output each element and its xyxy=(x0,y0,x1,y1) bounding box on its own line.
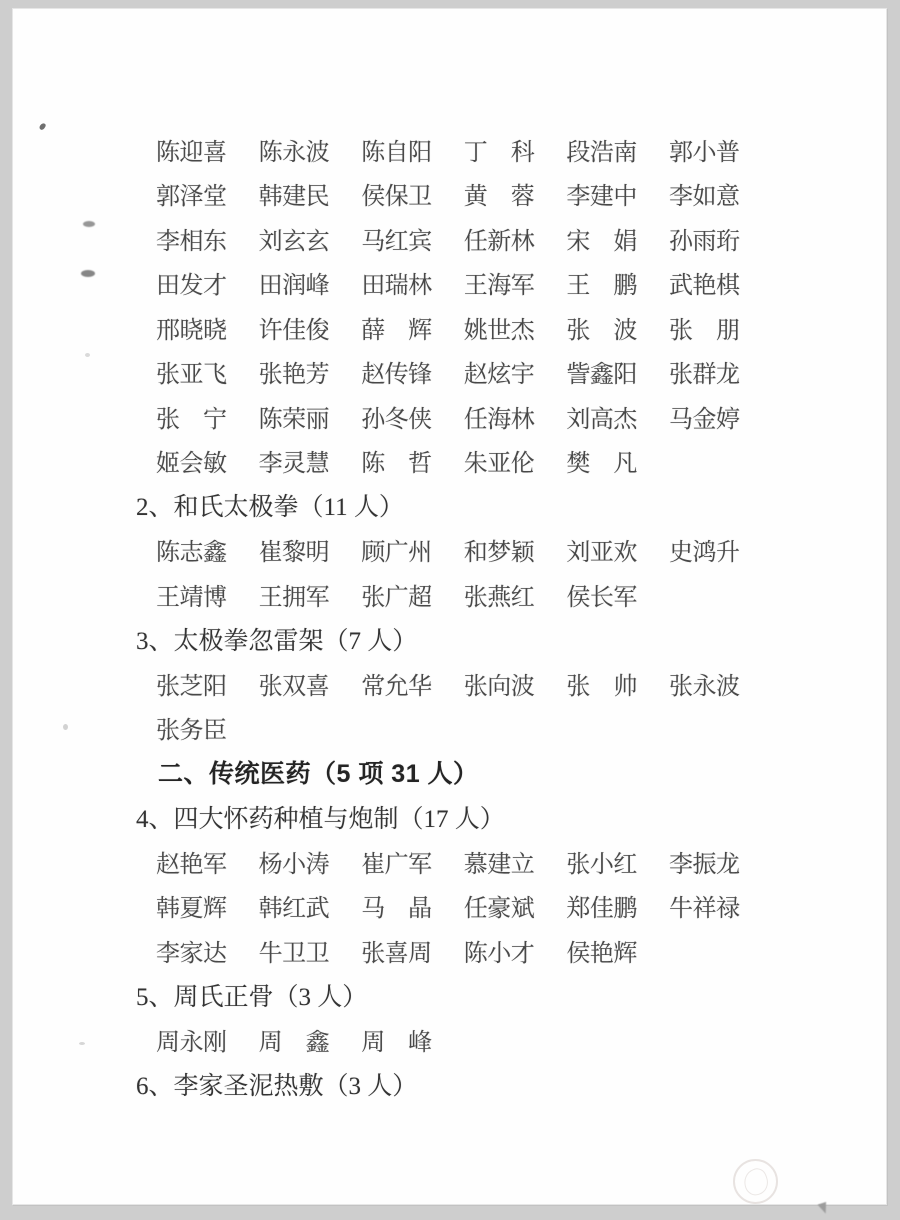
person-name: 马金婷 xyxy=(669,399,772,434)
person-name: 訾鑫阳 xyxy=(566,354,669,389)
person-name: 马红宾 xyxy=(361,221,464,256)
person-name: 黄 蓉 xyxy=(464,176,567,211)
names-row: 张 宁陈荣丽孙冬侠任海林刘高杰马金婷 xyxy=(156,394,806,439)
person-name: 和梦颖 xyxy=(464,532,567,567)
person-name: 周永刚 xyxy=(156,1022,259,1057)
person-name: 孙雨珩 xyxy=(669,221,772,256)
person-name: 王拥军 xyxy=(259,577,362,612)
person-name: 田瑞林 xyxy=(361,265,464,300)
item-heading: 3、太极拳忽雷架（7 人） xyxy=(136,617,806,662)
person-name: 杨小涛 xyxy=(259,844,362,879)
person-name: 顾广州 xyxy=(361,532,464,567)
person-name: 郑佳鹏 xyxy=(566,888,669,923)
names-row: 张芝阳张双喜常允华张向波张 帅张永波 xyxy=(156,661,806,706)
person-name: 姬会敏 xyxy=(156,443,259,478)
cursor-speck xyxy=(818,1202,830,1215)
person-name: 李建中 xyxy=(566,176,669,211)
person-name: 张双喜 xyxy=(259,666,362,701)
person-name: 孙冬侠 xyxy=(361,399,464,434)
person-name: 任新林 xyxy=(464,221,567,256)
person-name: 张广超 xyxy=(361,577,464,612)
names-row: 赵艳军杨小涛崔广军慕建立张小红李振龙 xyxy=(156,839,806,884)
person-name: 陈永波 xyxy=(259,132,362,167)
person-name: 田发才 xyxy=(156,265,259,300)
names-row: 郭泽堂韩建民侯保卫黄 蓉李建中李如意 xyxy=(156,172,806,217)
screenshot-root: { "page": { "background_color": "#cecece… xyxy=(0,0,900,1220)
person-name: 赵传锋 xyxy=(361,354,464,389)
person-name: 张燕红 xyxy=(464,577,567,612)
person-name: 牛卫卫 xyxy=(259,933,362,968)
person-name: 李相东 xyxy=(156,221,259,256)
person-name: 张 波 xyxy=(566,310,669,345)
person-name: 张向波 xyxy=(464,666,567,701)
names-row: 张务臣 xyxy=(156,706,806,751)
person-name: 张亚飞 xyxy=(156,354,259,389)
person-name: 常允华 xyxy=(361,666,464,701)
person-name: 韩红武 xyxy=(259,888,362,923)
item-heading: 4、四大怀药种植与炮制（17 人） xyxy=(136,795,806,840)
faint-stamp-watermark xyxy=(733,1159,778,1204)
names-row: 田发才田润峰田瑞林王海军王 鹏武艳棋 xyxy=(156,261,806,306)
person-name: 史鸿升 xyxy=(669,532,772,567)
person-name: 刘玄玄 xyxy=(259,221,362,256)
person-name: 王靖博 xyxy=(156,577,259,612)
person-name: 慕建立 xyxy=(464,844,567,879)
person-name: 薛 辉 xyxy=(361,310,464,345)
scan-artifact-dot xyxy=(63,724,68,730)
person-name: 周 鑫 xyxy=(259,1022,362,1057)
person-name: 武艳棋 xyxy=(669,265,772,300)
scan-artifact-speck xyxy=(38,122,46,131)
names-row: 张亚飞张艳芳赵传锋赵炫宇訾鑫阳张群龙 xyxy=(156,350,806,395)
item-heading: 2、和氏太极拳（11 人） xyxy=(136,483,806,528)
person-name: 张 帅 xyxy=(566,666,669,701)
person-name: 姚世杰 xyxy=(464,310,567,345)
person-name: 韩建民 xyxy=(259,176,362,211)
names-row: 李家达牛卫卫张喜周陈小才侯艳辉 xyxy=(156,928,806,973)
names-row: 韩夏辉韩红武马 晶任豪斌郑佳鹏牛祥禄 xyxy=(156,884,806,929)
names-row: 陈志鑫崔黎明顾广州和梦颖刘亚欢史鸿升 xyxy=(156,528,806,573)
person-name: 周 峰 xyxy=(361,1022,464,1057)
item-heading: 5、周氏正骨（3 人） xyxy=(136,973,806,1018)
person-name: 陈志鑫 xyxy=(156,532,259,567)
person-name: 樊 凡 xyxy=(566,443,669,478)
person-name: 王海军 xyxy=(464,265,567,300)
person-name: 田润峰 xyxy=(259,265,362,300)
person-name: 郭小普 xyxy=(669,132,772,167)
person-name: 许佳俊 xyxy=(259,310,362,345)
person-name: 王 鹏 xyxy=(566,265,669,300)
names-row: 邢晓晓许佳俊薛 辉姚世杰张 波张 朋 xyxy=(156,305,806,350)
person-name: 陈 哲 xyxy=(361,443,464,478)
person-name: 李振龙 xyxy=(669,844,772,879)
scan-artifact-dot xyxy=(85,353,90,357)
person-name: 侯长军 xyxy=(566,577,669,612)
item-heading: 6、李家圣泥热敷（3 人） xyxy=(136,1062,806,1107)
person-name: 陈小才 xyxy=(464,933,567,968)
person-name: 牛祥禄 xyxy=(669,888,772,923)
names-row: 王靖博王拥军张广超张燕红侯长军 xyxy=(156,572,806,617)
person-name: 宋 娟 xyxy=(566,221,669,256)
person-name: 丁 科 xyxy=(464,132,567,167)
person-name: 崔黎明 xyxy=(259,532,362,567)
person-name: 李家达 xyxy=(156,933,259,968)
person-name: 陈荣丽 xyxy=(259,399,362,434)
person-name: 张小红 xyxy=(566,844,669,879)
person-name: 陈迎喜 xyxy=(156,132,259,167)
person-name: 段浩南 xyxy=(566,132,669,167)
person-name: 马 晶 xyxy=(361,888,464,923)
names-row: 姬会敏李灵慧陈 哲朱亚伦樊 凡 xyxy=(156,439,806,484)
person-name: 韩夏辉 xyxy=(156,888,259,923)
scan-artifact-dot xyxy=(79,1042,85,1045)
person-name: 任海林 xyxy=(464,399,567,434)
person-name: 赵艳军 xyxy=(156,844,259,879)
person-name: 张 宁 xyxy=(156,399,259,434)
category-heading: 二、传统医药（5 项 31 人） xyxy=(158,750,806,795)
person-name: 赵炫宇 xyxy=(464,354,567,389)
scan-artifact-smudge xyxy=(81,270,95,277)
person-name: 张永波 xyxy=(669,666,772,701)
person-name: 侯艳辉 xyxy=(566,933,669,968)
document-content: 陈迎喜陈永波陈自阳丁 科段浩南郭小普郭泽堂韩建民侯保卫黄 蓉李建中李如意李相东刘… xyxy=(156,127,806,1106)
person-name: 张 朋 xyxy=(669,310,772,345)
person-name: 张务臣 xyxy=(156,710,259,745)
names-row: 周永刚周 鑫周 峰 xyxy=(156,1017,806,1062)
person-name: 邢晓晓 xyxy=(156,310,259,345)
person-name: 侯保卫 xyxy=(361,176,464,211)
person-name: 崔广军 xyxy=(361,844,464,879)
person-name: 刘亚欢 xyxy=(566,532,669,567)
person-name: 任豪斌 xyxy=(464,888,567,923)
person-name: 陈自阳 xyxy=(361,132,464,167)
person-name: 朱亚伦 xyxy=(464,443,567,478)
person-name: 刘高杰 xyxy=(566,399,669,434)
person-name: 李如意 xyxy=(669,176,772,211)
scanned-page: 陈迎喜陈永波陈自阳丁 科段浩南郭小普郭泽堂韩建民侯保卫黄 蓉李建中李如意李相东刘… xyxy=(12,8,887,1205)
person-name: 张艳芳 xyxy=(259,354,362,389)
person-name: 郭泽堂 xyxy=(156,176,259,211)
names-row: 陈迎喜陈永波陈自阳丁 科段浩南郭小普 xyxy=(156,127,806,172)
person-name: 张群龙 xyxy=(669,354,772,389)
person-name: 张喜周 xyxy=(361,933,464,968)
names-row: 李相东刘玄玄马红宾任新林宋 娟孙雨珩 xyxy=(156,216,806,261)
scan-artifact-smudge xyxy=(83,221,95,227)
person-name: 张芝阳 xyxy=(156,666,259,701)
person-name: 李灵慧 xyxy=(259,443,362,478)
